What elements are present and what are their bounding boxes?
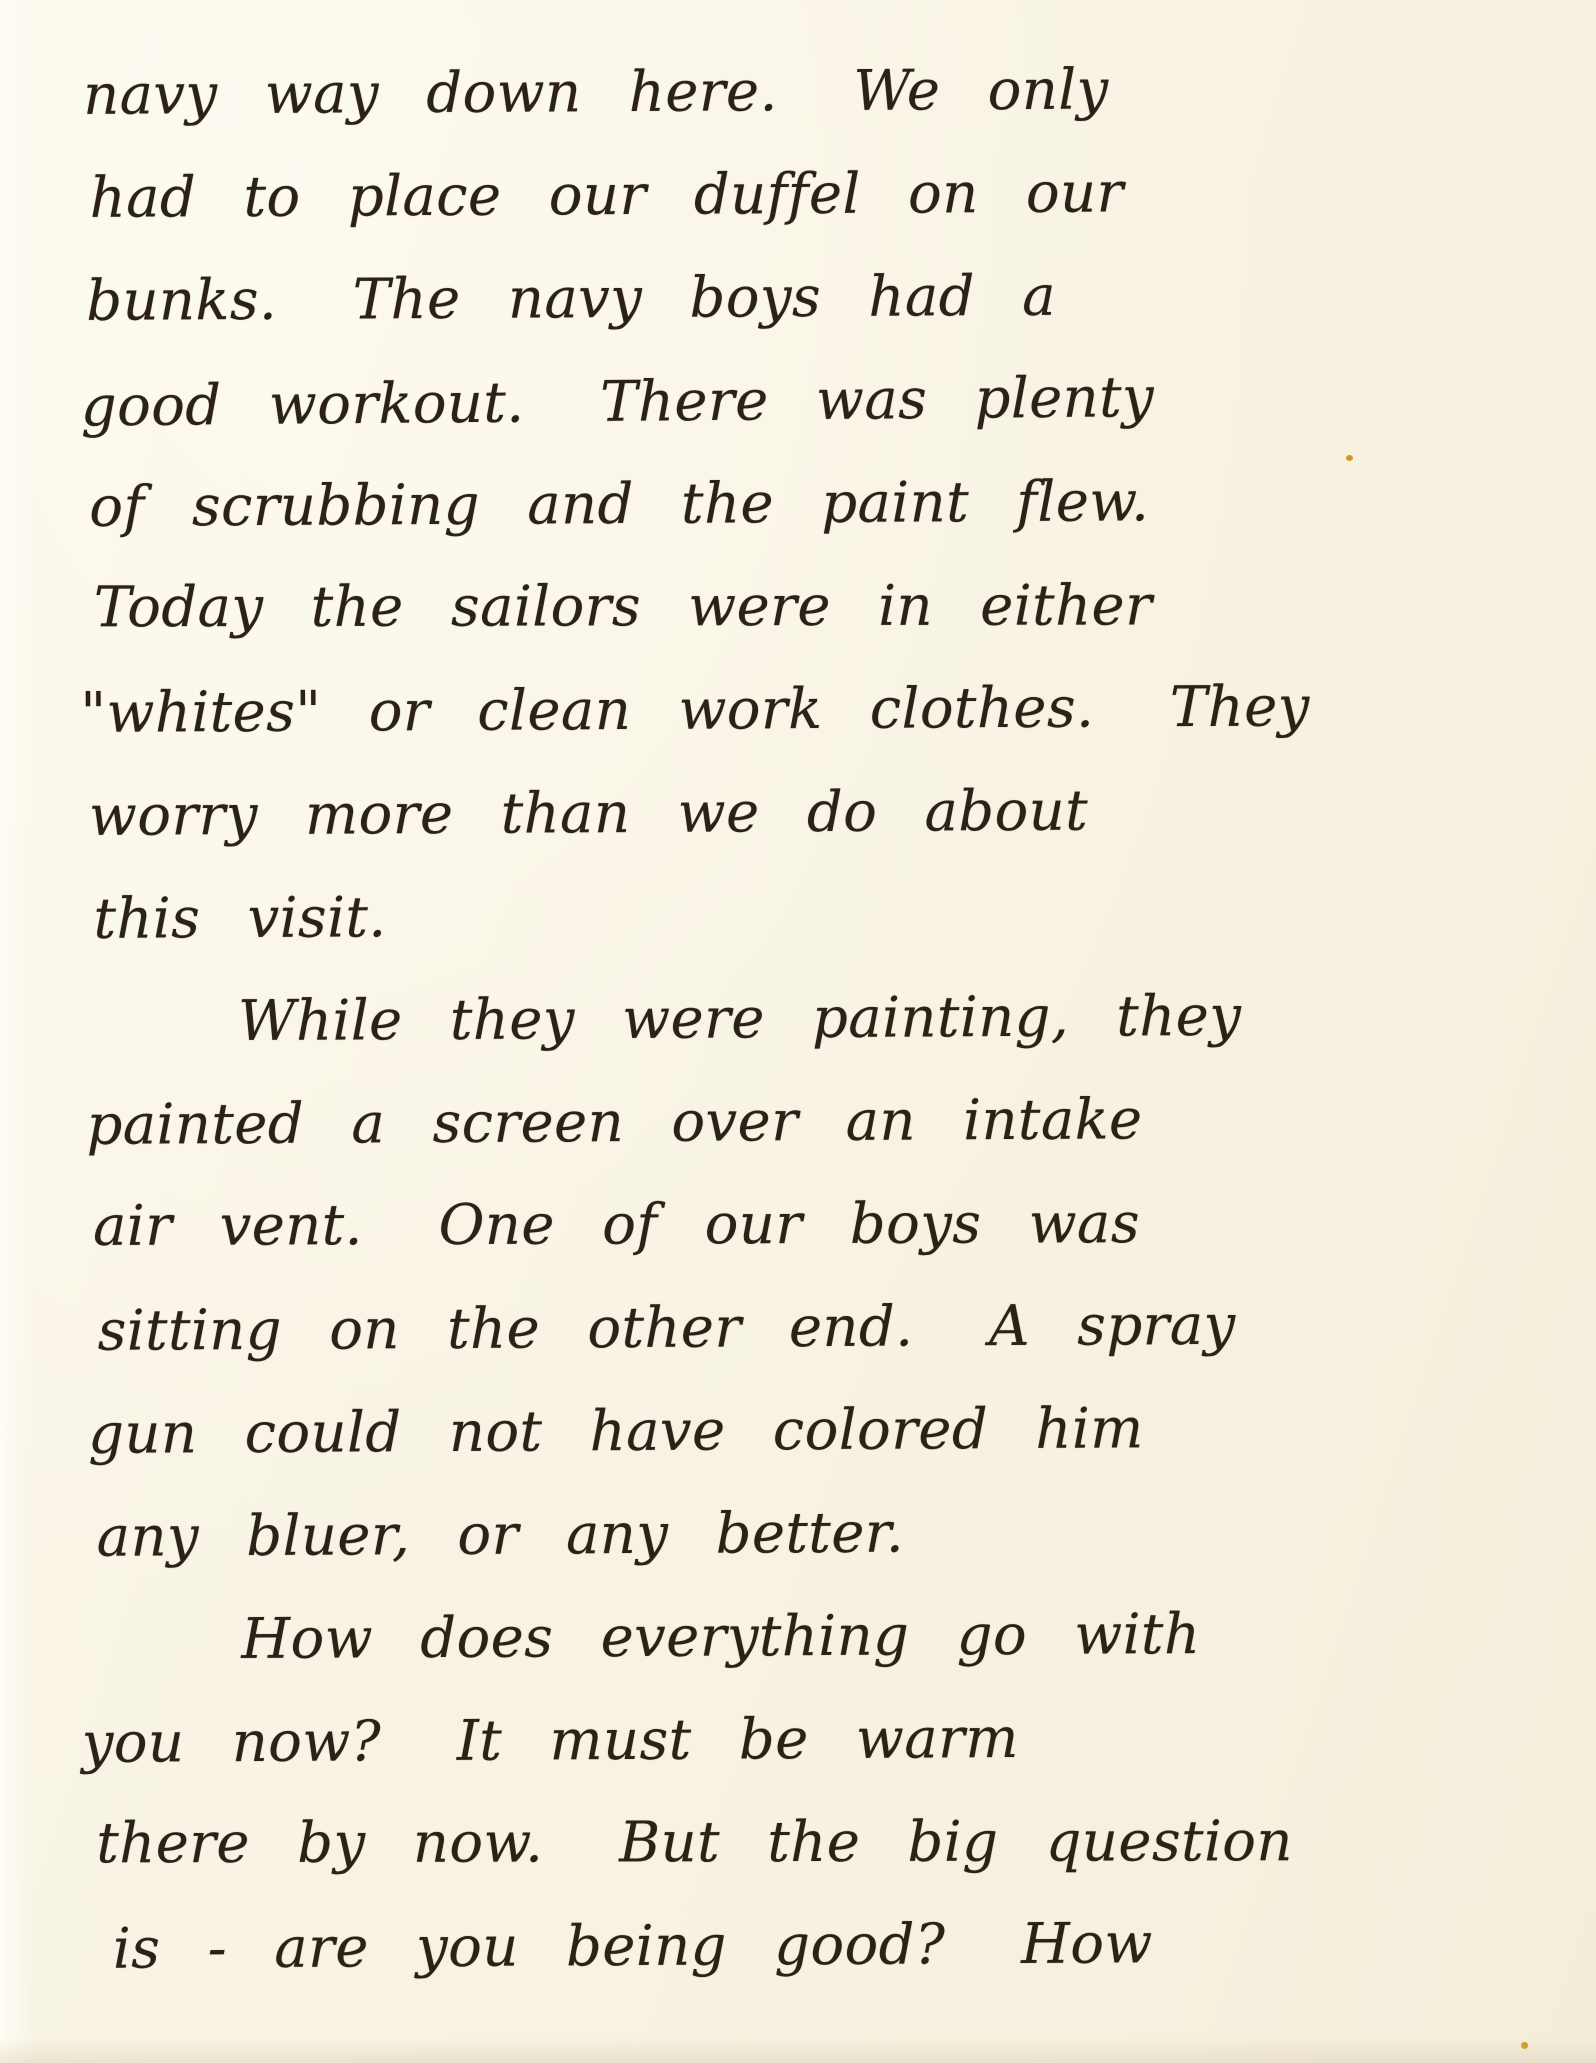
handwritten-line: navy way down here. We only <box>83 36 1552 147</box>
handwritten-line: is - are you being good? How <box>113 1890 1562 2001</box>
letter-page: navy way down here. We only had to place… <box>0 0 1596 2063</box>
handwritten-line: bunks. The navy boys had a <box>86 242 1553 353</box>
handwritten-line: painted a screen over an intake <box>86 1066 1557 1177</box>
handwritten-line: Today the sailors were in either <box>94 554 1554 660</box>
handwritten-line: had to place our duffel on our <box>89 139 1552 250</box>
handwritten-line: gun could not have colored him <box>88 1375 1559 1486</box>
handwritten-line: While they were painting, they <box>88 963 1557 1074</box>
handwritten-line: sitting on the other end. A spray <box>97 1272 1558 1383</box>
letter-body: navy way down here. We only had to place… <box>83 36 1561 2001</box>
handwritten-line: this visit. <box>93 860 1556 971</box>
paper-speck <box>1521 2042 1528 2049</box>
handwritten-line: air vent. One of our boys was <box>93 1171 1557 1278</box>
handwritten-line: of scrubbing and the paint flew. <box>89 448 1554 559</box>
handwritten-line: worry more than we do about <box>89 757 1556 868</box>
handwritten-line: good workout. There was plenty <box>80 343 1553 459</box>
handwritten-line: any bluer, or any better. <box>96 1478 1559 1589</box>
handwritten-line: there by now. But the big question <box>96 1790 1560 1896</box>
handwritten-line: How does everything go with <box>91 1581 1560 1692</box>
handwritten-line: you now? It must be warm <box>82 1684 1561 1795</box>
handwritten-line: "whites" or clean work clothes. They <box>80 654 1555 765</box>
